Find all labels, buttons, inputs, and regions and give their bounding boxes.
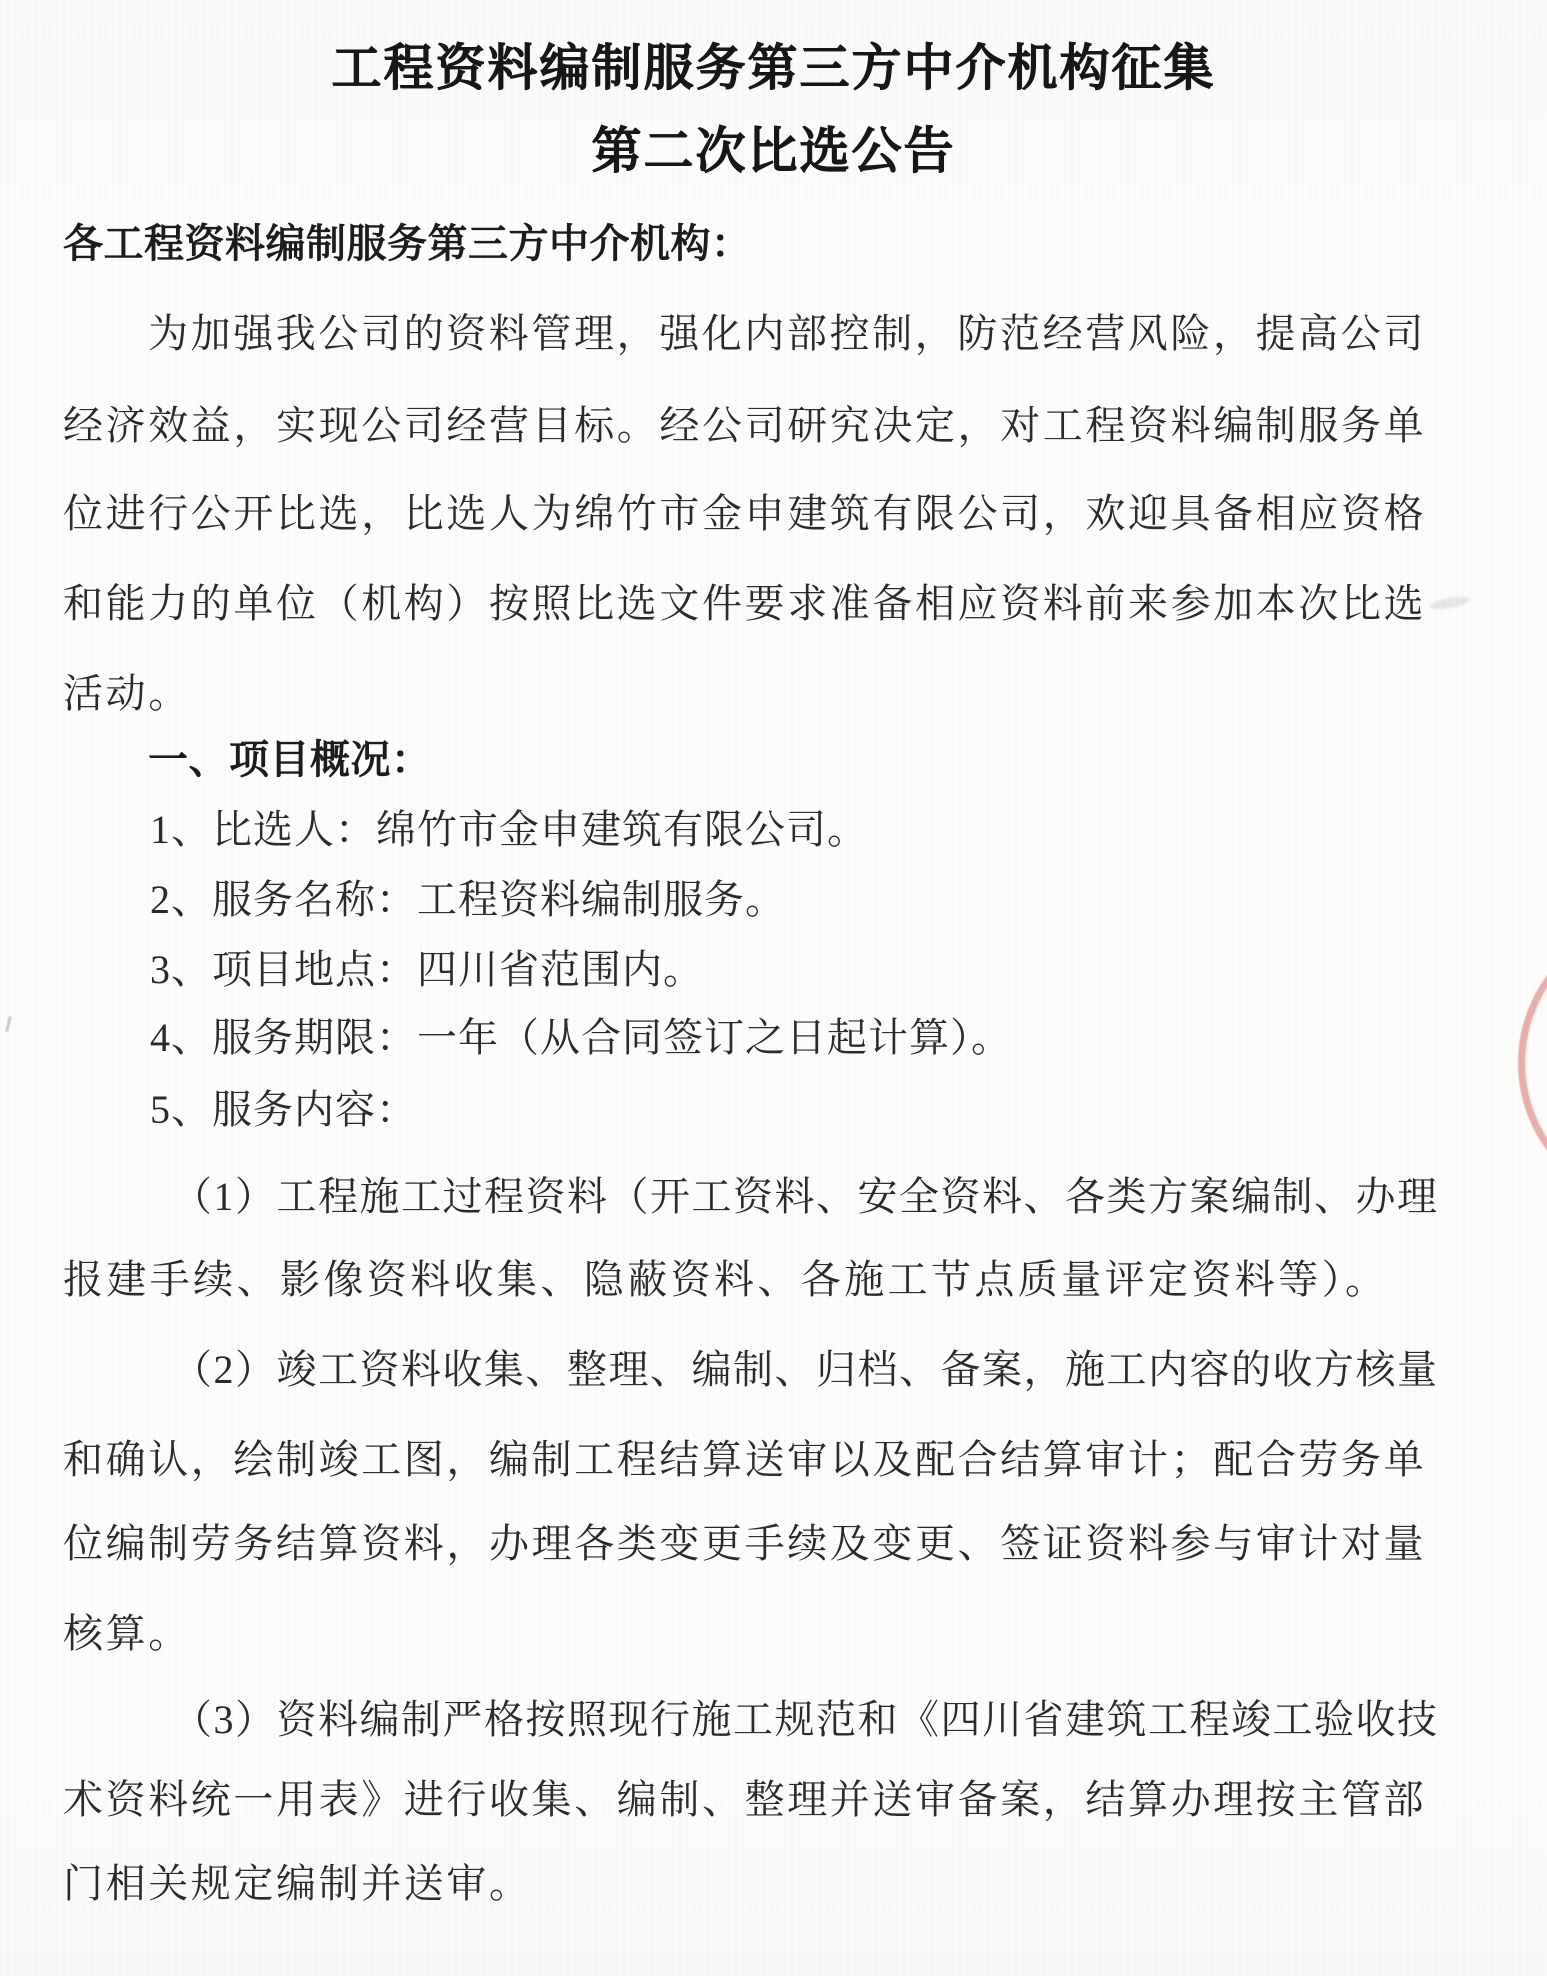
intro-paragraph-line-2: 经济效益，实现公司经营目标。经公司研究决定，对工程资料编制服务单 xyxy=(63,402,1426,450)
service-content-2-line-1: （2）竣工资料收集、整理、编制、归档、备案，施工内容的收方核量 xyxy=(172,1346,1439,1394)
overview-item-1-bidder: 1、比选人：绵竹市金申建筑有限公司。 xyxy=(150,806,868,854)
service-content-2-line-2: 和确认，绘制竣工图，编制工程结算送审以及配合结算审计；配合劳务单 xyxy=(63,1436,1426,1484)
intro-paragraph-line-3: 位进行公开比选，比选人为绵竹市金申建筑有限公司，欢迎具备相应资格 xyxy=(63,490,1426,538)
service-content-3-line-1: （3）资料编制严格按照现行施工规范和《四川省建筑工程竣工验收技 xyxy=(172,1696,1439,1744)
service-content-1-line-1: （1）工程施工过程资料（开工资料、安全资料、各类方案编制、办理 xyxy=(172,1173,1439,1221)
red-seal-partial-arc xyxy=(1518,916,1547,1210)
service-content-2-line-3: 位编制劳务结算资料，办理各类变更手续及变更、签证资料参与审计对量 xyxy=(63,1520,1426,1568)
overview-item-5-service-content: 5、服务内容： xyxy=(150,1086,417,1134)
service-content-2-line-4: 核算。 xyxy=(63,1610,191,1658)
document-title-line-1: 工程资料编制服务第三方中介机构征集 xyxy=(0,40,1547,98)
salutation-line: 各工程资料编制服务第三方中介机构： xyxy=(63,220,752,268)
document-title-line-2: 第二次比选公告 xyxy=(0,123,1547,181)
overview-item-2-service-name: 2、服务名称：工程资料编制服务。 xyxy=(150,876,786,924)
overview-item-3-project-location: 3、项目地点：四川省范围内。 xyxy=(150,946,704,994)
service-content-3-line-2: 术资料统一用表》进行收集、编制、整理并送审备案，结算办理按主管部 xyxy=(63,1776,1426,1824)
intro-paragraph-line-1: 为加强我公司的资料管理，强化内部控制，防范经营风险，提高公司 xyxy=(148,310,1426,358)
scan-artifact-smudge xyxy=(1429,595,1470,612)
service-content-1-line-2: 报建手续、影像资料收集、隐蔽资料、各施工节点质量评定资料等）。 xyxy=(63,1256,1388,1304)
intro-paragraph-line-5: 活动。 xyxy=(63,670,191,718)
intro-paragraph-line-4: 和能力的单位（机构）按照比选文件要求准备相应资料前来参加本次比选 xyxy=(63,580,1426,628)
section-heading-project-overview: 一、项目概况： xyxy=(148,736,432,784)
overview-item-4-service-term: 4、服务期限：一年（从合同签订之日起计算）。 xyxy=(150,1014,1012,1062)
document-page: 工程资料编制服务第三方中介机构征集 第二次比选公告 各工程资料编制服务第三方中介… xyxy=(0,0,1547,1976)
scan-artifact-left-mark xyxy=(5,1016,12,1032)
service-content-3-line-3: 门相关规定编制并送审。 xyxy=(63,1860,532,1908)
